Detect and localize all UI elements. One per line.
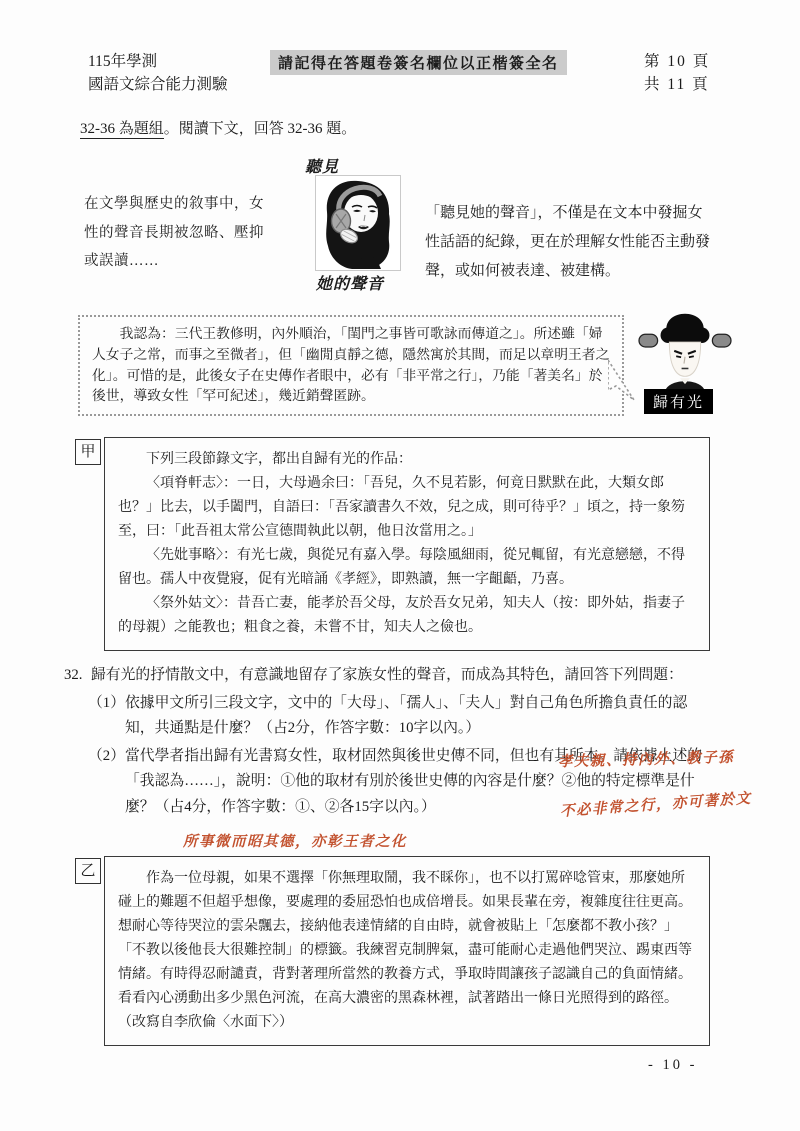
exam-year-label: 115年學測	[88, 50, 228, 73]
speech-tail-icon	[608, 356, 638, 409]
subquestion-1-label: （1）	[88, 691, 125, 742]
guiyouguang-portrait-illustration	[638, 300, 732, 395]
question-stem: 歸有光的抒情散文中，有意識地留存了家族女性的聲音，而成為其特色，請回答下列問題：	[91, 663, 683, 689]
question-number: 32.	[64, 663, 91, 689]
handwritten-annotation-3: 所事微而昭其德，亦彰王者之化	[183, 830, 407, 851]
page-footer: - 10 -	[648, 1057, 697, 1074]
subquestion-1-text: 依據甲文所引三段文字，文中的「大母」、「孺人」、「夫人」對自己角色所擔負責任的認…	[125, 691, 716, 742]
question-group-intro: 32-36 為題組。閱讀下文，回答 32-36 題。	[80, 117, 356, 138]
figure-title-bottom: 她的聲音	[316, 271, 384, 294]
figure-right-text: 「聽見她的聲音」，不僅是在文本中發掘女性話語的紀錄，更在於理解女性能否主動發聲，…	[425, 199, 713, 286]
box-jia-label: 甲	[75, 439, 101, 465]
box-jia: 甲 下列三段節錄文字，都出自歸有光的作品： 〈項脊軒志〉：一日，大母過余曰：「吾…	[104, 437, 710, 651]
figure-title-top: 聽見	[305, 154, 339, 177]
question-group-range: 32-36 為題組	[80, 121, 164, 139]
header-left: 115年學測 國語文綜合能力測驗	[88, 50, 228, 96]
page-number-label: 第 10 頁	[644, 50, 710, 73]
question-group-instruction: 。閱讀下文，回答 32-36 題。	[164, 121, 357, 137]
subquestion-1: （1） 依據甲文所引三段文字，文中的「大母」、「孺人」、「夫人」對自己角色所擔負…	[88, 691, 716, 742]
speech-bubble: 我認為：三代王教修明，內外順治，「閨門之事皆可歌詠而傳道之」。所述雖「婦人女子之…	[78, 315, 624, 416]
subquestion-2-label: （2）	[88, 744, 125, 821]
box-yi: 乙 作為一位母親，如果不選擇「你無理取鬧，我不睬你」，也不以打罵碎唸管束，那麼她…	[104, 856, 710, 1046]
total-pages-label: 共 11 頁	[644, 73, 710, 96]
signature-notice: 請記得在答題卷簽名欄位以正楷簽全名	[270, 50, 567, 75]
woman-headphones-illustration	[315, 175, 401, 271]
speech-text: 我認為：三代王教修明，內外順治，「閨門之事皆可歌詠而傳道之」。所述雖「婦人女子之…	[92, 324, 610, 407]
header-right: 第 10 頁 共 11 頁	[644, 50, 710, 96]
box-yi-label: 乙	[75, 858, 101, 884]
excerpt-paragraph: 下列三段節錄文字，都出自歸有光的作品：	[118, 448, 696, 472]
exam-page: 115年學測 國語文綜合能力測驗 請記得在答題卷簽名欄位以正楷簽全名 第 10 …	[0, 0, 800, 1131]
excerpt-paragraph: 〈先妣事略〉：有光七歲，與從兄有嘉入學。每陰風細雨，從兄輒留，有光意戀戀，不得留…	[118, 544, 696, 592]
excerpt-paragraph: 〈項脊軒志〉：一日，大母過余曰：「吾兒，久不見若影，何竟日默默在此，大類女郎也？…	[118, 472, 696, 544]
exam-subject-label: 國語文綜合能力測驗	[88, 73, 228, 96]
figure-left-text: 在文學與歷史的敘事中，女性的聲音長期被忽略、壓抑或誤讀……	[84, 190, 264, 276]
excerpt-paragraph: 〈祭外姑文〉：昔吾亡妻，能孝於吾父母，友於吾女兄弟，知夫人（按：即外姑，指妻子的…	[118, 592, 696, 640]
speaker-name-label: 歸有光	[644, 389, 713, 414]
passage-paragraph: 作為一位母親，如果不選擇「你無理取鬧，我不睬你」，也不以打罵碎唸管束，那麼她所碰…	[118, 867, 696, 1035]
